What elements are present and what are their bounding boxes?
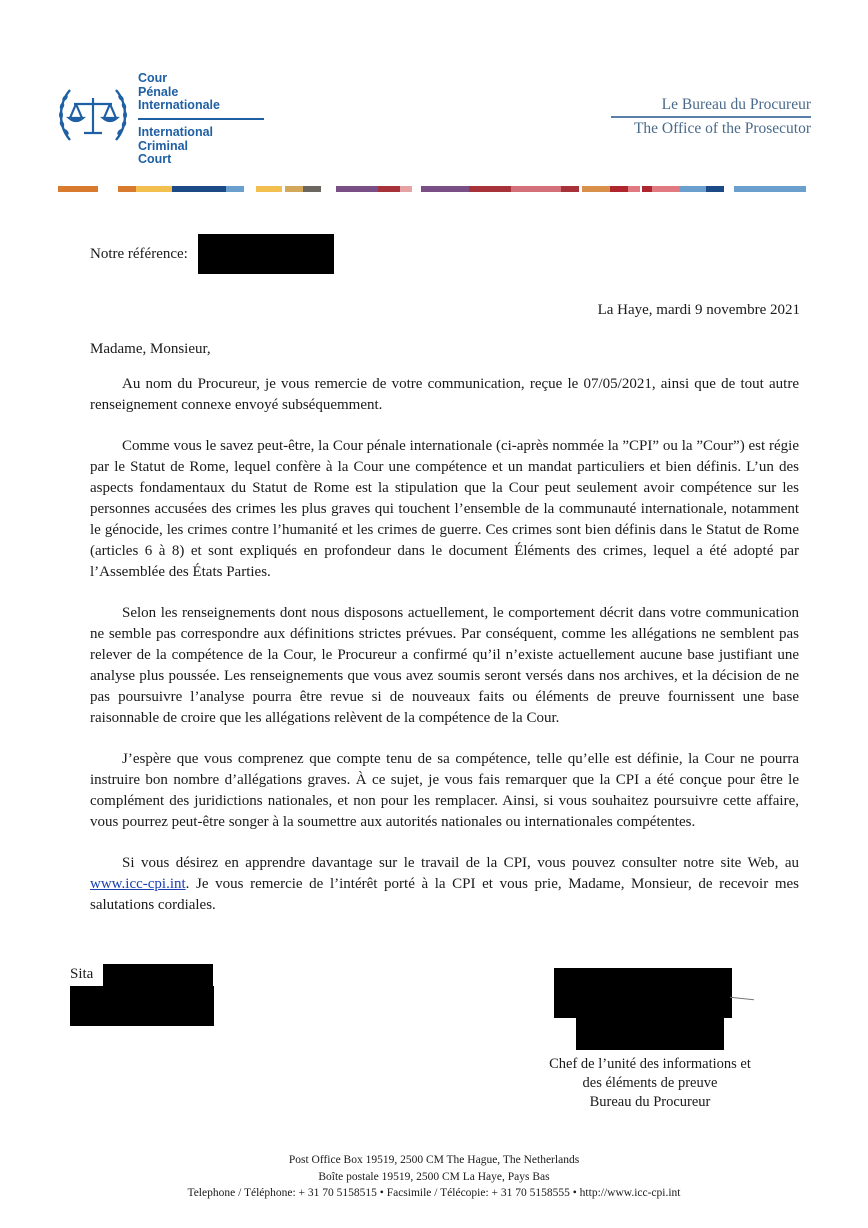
icc-logo: Cour Pénale Internationale International… [56, 72, 270, 172]
scales-of-justice-emblem-icon [56, 78, 130, 152]
paragraph: Au nom du Procureur, je vous remercie de… [90, 374, 799, 416]
org-en-line-1: International [138, 126, 213, 140]
color-bar-segment [226, 186, 244, 192]
logo-divider [138, 118, 264, 120]
signature-right: Chef de l’unité des informations et des … [530, 968, 770, 1113]
color-bar-segment [734, 186, 806, 192]
signature-left-text: Sita [70, 966, 93, 983]
signatory-name-redaction [576, 1018, 724, 1050]
office-name-en: The Office of the Prosecutor [611, 120, 811, 138]
color-bar-segment [628, 186, 640, 192]
signature-stroke [730, 997, 754, 1001]
color-bar-segment [58, 186, 98, 192]
signatory-title-line: Bureau du Procureur [530, 1093, 770, 1112]
footer-address-fr: Boîte postale 19519, 2500 CM La Haye, Pa… [0, 1169, 868, 1186]
color-bar-segment [118, 186, 136, 192]
decorative-color-bar [58, 186, 811, 192]
org-fr-line-3: Internationale [138, 99, 220, 113]
footer-address-en: Post Office Box 19519, 2500 CM The Hague… [0, 1152, 868, 1169]
signature-redaction [554, 968, 732, 1018]
closing-paragraph: Si vous désirez en apprendre davantage s… [90, 853, 799, 916]
color-bar-segment [652, 186, 680, 192]
signature-left: Sita [70, 962, 220, 1028]
paragraph: Comme vous le savez peut-être, la Cour p… [90, 436, 799, 583]
office-heading: Le Bureau du Procureur The Office of the… [611, 96, 811, 138]
org-en-line-2: Criminal [138, 140, 213, 154]
color-bar-segment [172, 186, 226, 192]
closing-text-start: Si vous désirez en apprendre davantage s… [122, 855, 799, 871]
org-fr-line-2: Pénale [138, 86, 220, 100]
salutation: Madame, Monsieur, [90, 341, 211, 358]
color-bar-segment [336, 186, 378, 192]
color-bar-segment [610, 186, 628, 192]
color-bar-segment [303, 186, 321, 192]
signatory-title-line: Chef de l’unité des informations et [530, 1055, 770, 1074]
color-bar-segment [285, 186, 303, 192]
color-bar-segment [511, 186, 561, 192]
website-link[interactable]: www.icc-cpi.int [90, 876, 186, 892]
letter-body: Au nom du Procureur, je vous remercie de… [90, 374, 799, 936]
color-bar-segment [400, 186, 412, 192]
office-divider [611, 116, 811, 118]
signatory-title-line: des éléments de preuve [530, 1074, 770, 1093]
letter-date: La Haye, mardi 9 novembre 2021 [598, 302, 800, 319]
office-name-fr: Le Bureau du Procureur [611, 96, 811, 116]
reference-line: Notre référence: [90, 234, 334, 274]
org-en-line-3: Court [138, 153, 213, 167]
signature-left-redaction [70, 986, 214, 1026]
organization-name-fr: Cour Pénale Internationale [138, 72, 220, 113]
footer-contact: Telephone / Téléphone: + 31 70 5158515 •… [0, 1185, 868, 1202]
color-bar-segment [378, 186, 400, 192]
reference-label: Notre référence: [90, 246, 188, 263]
paragraph: J’espère que vous comprenez que compte t… [90, 749, 799, 833]
organization-name-en: International Criminal Court [138, 126, 213, 167]
color-bar-segment [256, 186, 282, 192]
color-bar-segment [706, 186, 724, 192]
signature-left-redaction [103, 964, 213, 988]
paragraph: Selon les renseignements dont nous dispo… [90, 603, 799, 729]
closing-text-end: . Je vous remercie de l’intérêt porté à … [90, 876, 799, 913]
color-bar-segment [561, 186, 579, 192]
color-bar-segment [642, 186, 652, 192]
color-bar-segment [421, 186, 469, 192]
signatory-title: Chef de l’unité des informations et des … [530, 1055, 770, 1112]
letter-footer: Post Office Box 19519, 2500 CM The Hague… [0, 1152, 868, 1202]
color-bar-segment [582, 186, 610, 192]
reference-redaction [198, 234, 334, 274]
color-bar-segment [469, 186, 511, 192]
color-bar-segment [680, 186, 706, 192]
org-fr-line-1: Cour [138, 72, 220, 86]
